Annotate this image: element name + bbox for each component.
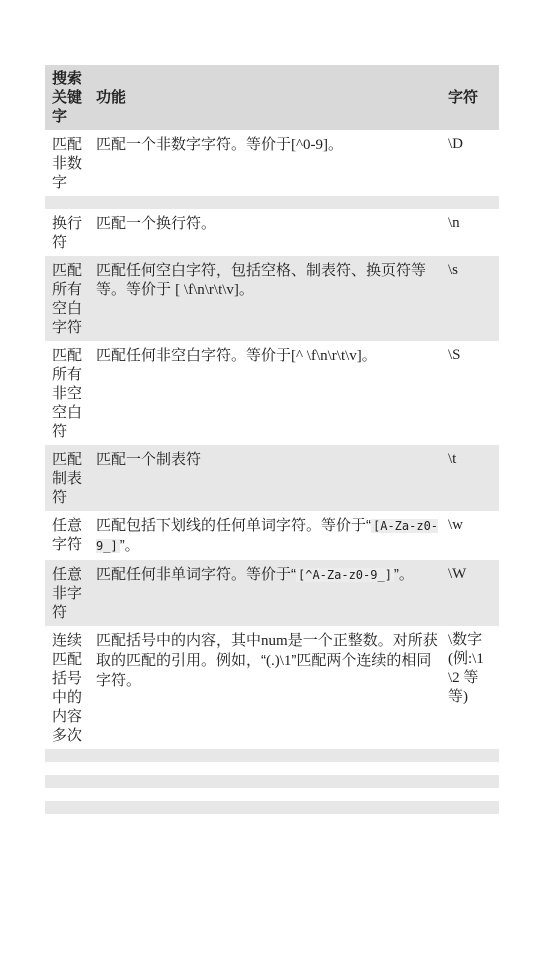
table-row (45, 749, 499, 762)
function-text: 。 (362, 347, 377, 364)
function-cell: 匹配一个非数字字符。等价于[^0-9]。 (90, 130, 444, 196)
keyword-cell (45, 196, 90, 209)
function-cell: 匹配一个制表符 (90, 445, 444, 511)
table-row (45, 775, 499, 788)
char-cell (444, 775, 499, 788)
table-row: 匹配所有非空空白符匹配任何非空白字符。等价于[^ \f\n\r\t\v]。\S (45, 341, 499, 445)
regex-table: 搜索关键字 功能 字符 匹配非数字匹配一个非数字字符。等价于[^0-9]。\D换… (45, 65, 499, 814)
function-cell (90, 775, 444, 788)
char-cell (444, 801, 499, 814)
column-header-keyword: 搜索关键字 (45, 65, 90, 130)
function-text: ”。 (394, 566, 414, 583)
table-row (45, 788, 499, 801)
table-body: 匹配非数字匹配一个非数字字符。等价于[^0-9]。\D换行符匹配一个换行符。\n… (45, 130, 499, 814)
document-page: 搜索关键字 功能 字符 匹配非数字匹配一个非数字字符。等价于[^0-9]。\D换… (0, 0, 540, 960)
keyword-cell: 匹配所有空白字符 (45, 256, 90, 341)
keyword-cell: 匹配非数字 (45, 130, 90, 196)
function-cell (90, 749, 444, 762)
keyword-cell (45, 801, 90, 814)
function-cell (90, 801, 444, 814)
function-text: 匹配任何空白字符，包括空格、制表符、换页符等等。等价于 (96, 262, 426, 298)
function-text: 匹配一个非数字字符。等价于 (96, 136, 291, 153)
function-cell (90, 788, 444, 801)
function-text: 匹配任何非单词字符。等价于“ (96, 566, 296, 583)
function-text: 匹配一个制表符 (96, 451, 201, 468)
keyword-cell: 任意字符 (45, 511, 90, 560)
keyword-cell (45, 788, 90, 801)
keyword-cell: 连续匹配括号中的内容多次 (45, 626, 90, 749)
table-row: 匹配所有空白字符匹配任何空白字符，包括空格、制表符、换页符等等。等价于 [ \f… (45, 256, 499, 341)
inline-code: [^A-Za-z0-9_] (296, 568, 394, 582)
function-text: 匹配括号中的内容，其中 (96, 632, 261, 649)
table-row: 换行符匹配一个换行符。\n (45, 209, 499, 256)
char-cell (444, 788, 499, 801)
keyword-cell: 匹配制表符 (45, 445, 90, 511)
char-cell: \数字 (例:\1 \2 等等) (444, 626, 499, 749)
table-row: 任意非字符匹配任何非单词字符。等价于“[^A-Za-z0-9_]”。\W (45, 560, 499, 626)
table-row (45, 762, 499, 775)
regex-literal: num (261, 633, 288, 649)
regex-literal: [ \f\n\r\t\v] (175, 282, 239, 298)
char-cell: \W (444, 560, 499, 626)
function-cell: 匹配任何空白字符，包括空格、制表符、换页符等等。等价于 [ \f\n\r\t\v… (90, 256, 444, 341)
char-cell: \w (444, 511, 499, 560)
function-text: 匹配一个换行符。 (96, 215, 216, 232)
table-header: 搜索关键字 功能 字符 (45, 65, 499, 130)
char-cell: \S (444, 341, 499, 445)
table-row (45, 801, 499, 814)
char-cell: \n (444, 209, 499, 256)
regex-literal: (.)\1 (266, 653, 291, 669)
char-cell: \t (444, 445, 499, 511)
function-text: 匹配任何非空白字符。等价于 (96, 347, 291, 364)
char-cell: \D (444, 130, 499, 196)
keyword-cell: 任意非字符 (45, 560, 90, 626)
keyword-cell: 换行符 (45, 209, 90, 256)
table-row: 匹配制表符匹配一个制表符\t (45, 445, 499, 511)
header-row: 搜索关键字 功能 字符 (45, 65, 499, 130)
keyword-cell (45, 762, 90, 775)
column-header-char: 字符 (444, 65, 499, 130)
function-cell: 匹配一个换行符。 (90, 209, 444, 256)
function-cell: 匹配任何非单词字符。等价于“[^A-Za-z0-9_]”。 (90, 560, 444, 626)
table-row: 连续匹配括号中的内容多次匹配括号中的内容，其中num是一个正整数。对所获取的匹配… (45, 626, 499, 749)
regex-literal: [^ \f\n\r\t\v] (291, 348, 362, 364)
table-row: 任意字符匹配包括下划线的任何单词字符。等价于“[A-Za-z0-9_]”。\w (45, 511, 499, 560)
function-cell (90, 762, 444, 775)
regex-literal: [^0-9] (291, 137, 328, 153)
function-text: 。 (328, 136, 343, 153)
table-row: 匹配非数字匹配一个非数字字符。等价于[^0-9]。\D (45, 130, 499, 196)
function-cell: 匹配括号中的内容，其中num是一个正整数。对所获取的匹配的引用。例如，“(.)\… (90, 626, 444, 749)
keyword-cell (45, 749, 90, 762)
function-text: 匹配包括下划线的任何单词字符。等价于“ (96, 517, 371, 534)
function-text: ”。 (120, 537, 140, 554)
char-cell (444, 196, 499, 209)
function-cell (90, 196, 444, 209)
function-cell: 匹配任何非空白字符。等价于[^ \f\n\r\t\v]。 (90, 341, 444, 445)
column-header-function: 功能 (90, 65, 444, 130)
char-cell (444, 762, 499, 775)
table-row (45, 196, 499, 209)
char-cell (444, 749, 499, 762)
keyword-cell (45, 775, 90, 788)
keyword-cell: 匹配所有非空空白符 (45, 341, 90, 445)
function-cell: 匹配包括下划线的任何单词字符。等价于“[A-Za-z0-9_]”。 (90, 511, 444, 560)
function-text: 。 (239, 281, 254, 298)
char-cell: \s (444, 256, 499, 341)
